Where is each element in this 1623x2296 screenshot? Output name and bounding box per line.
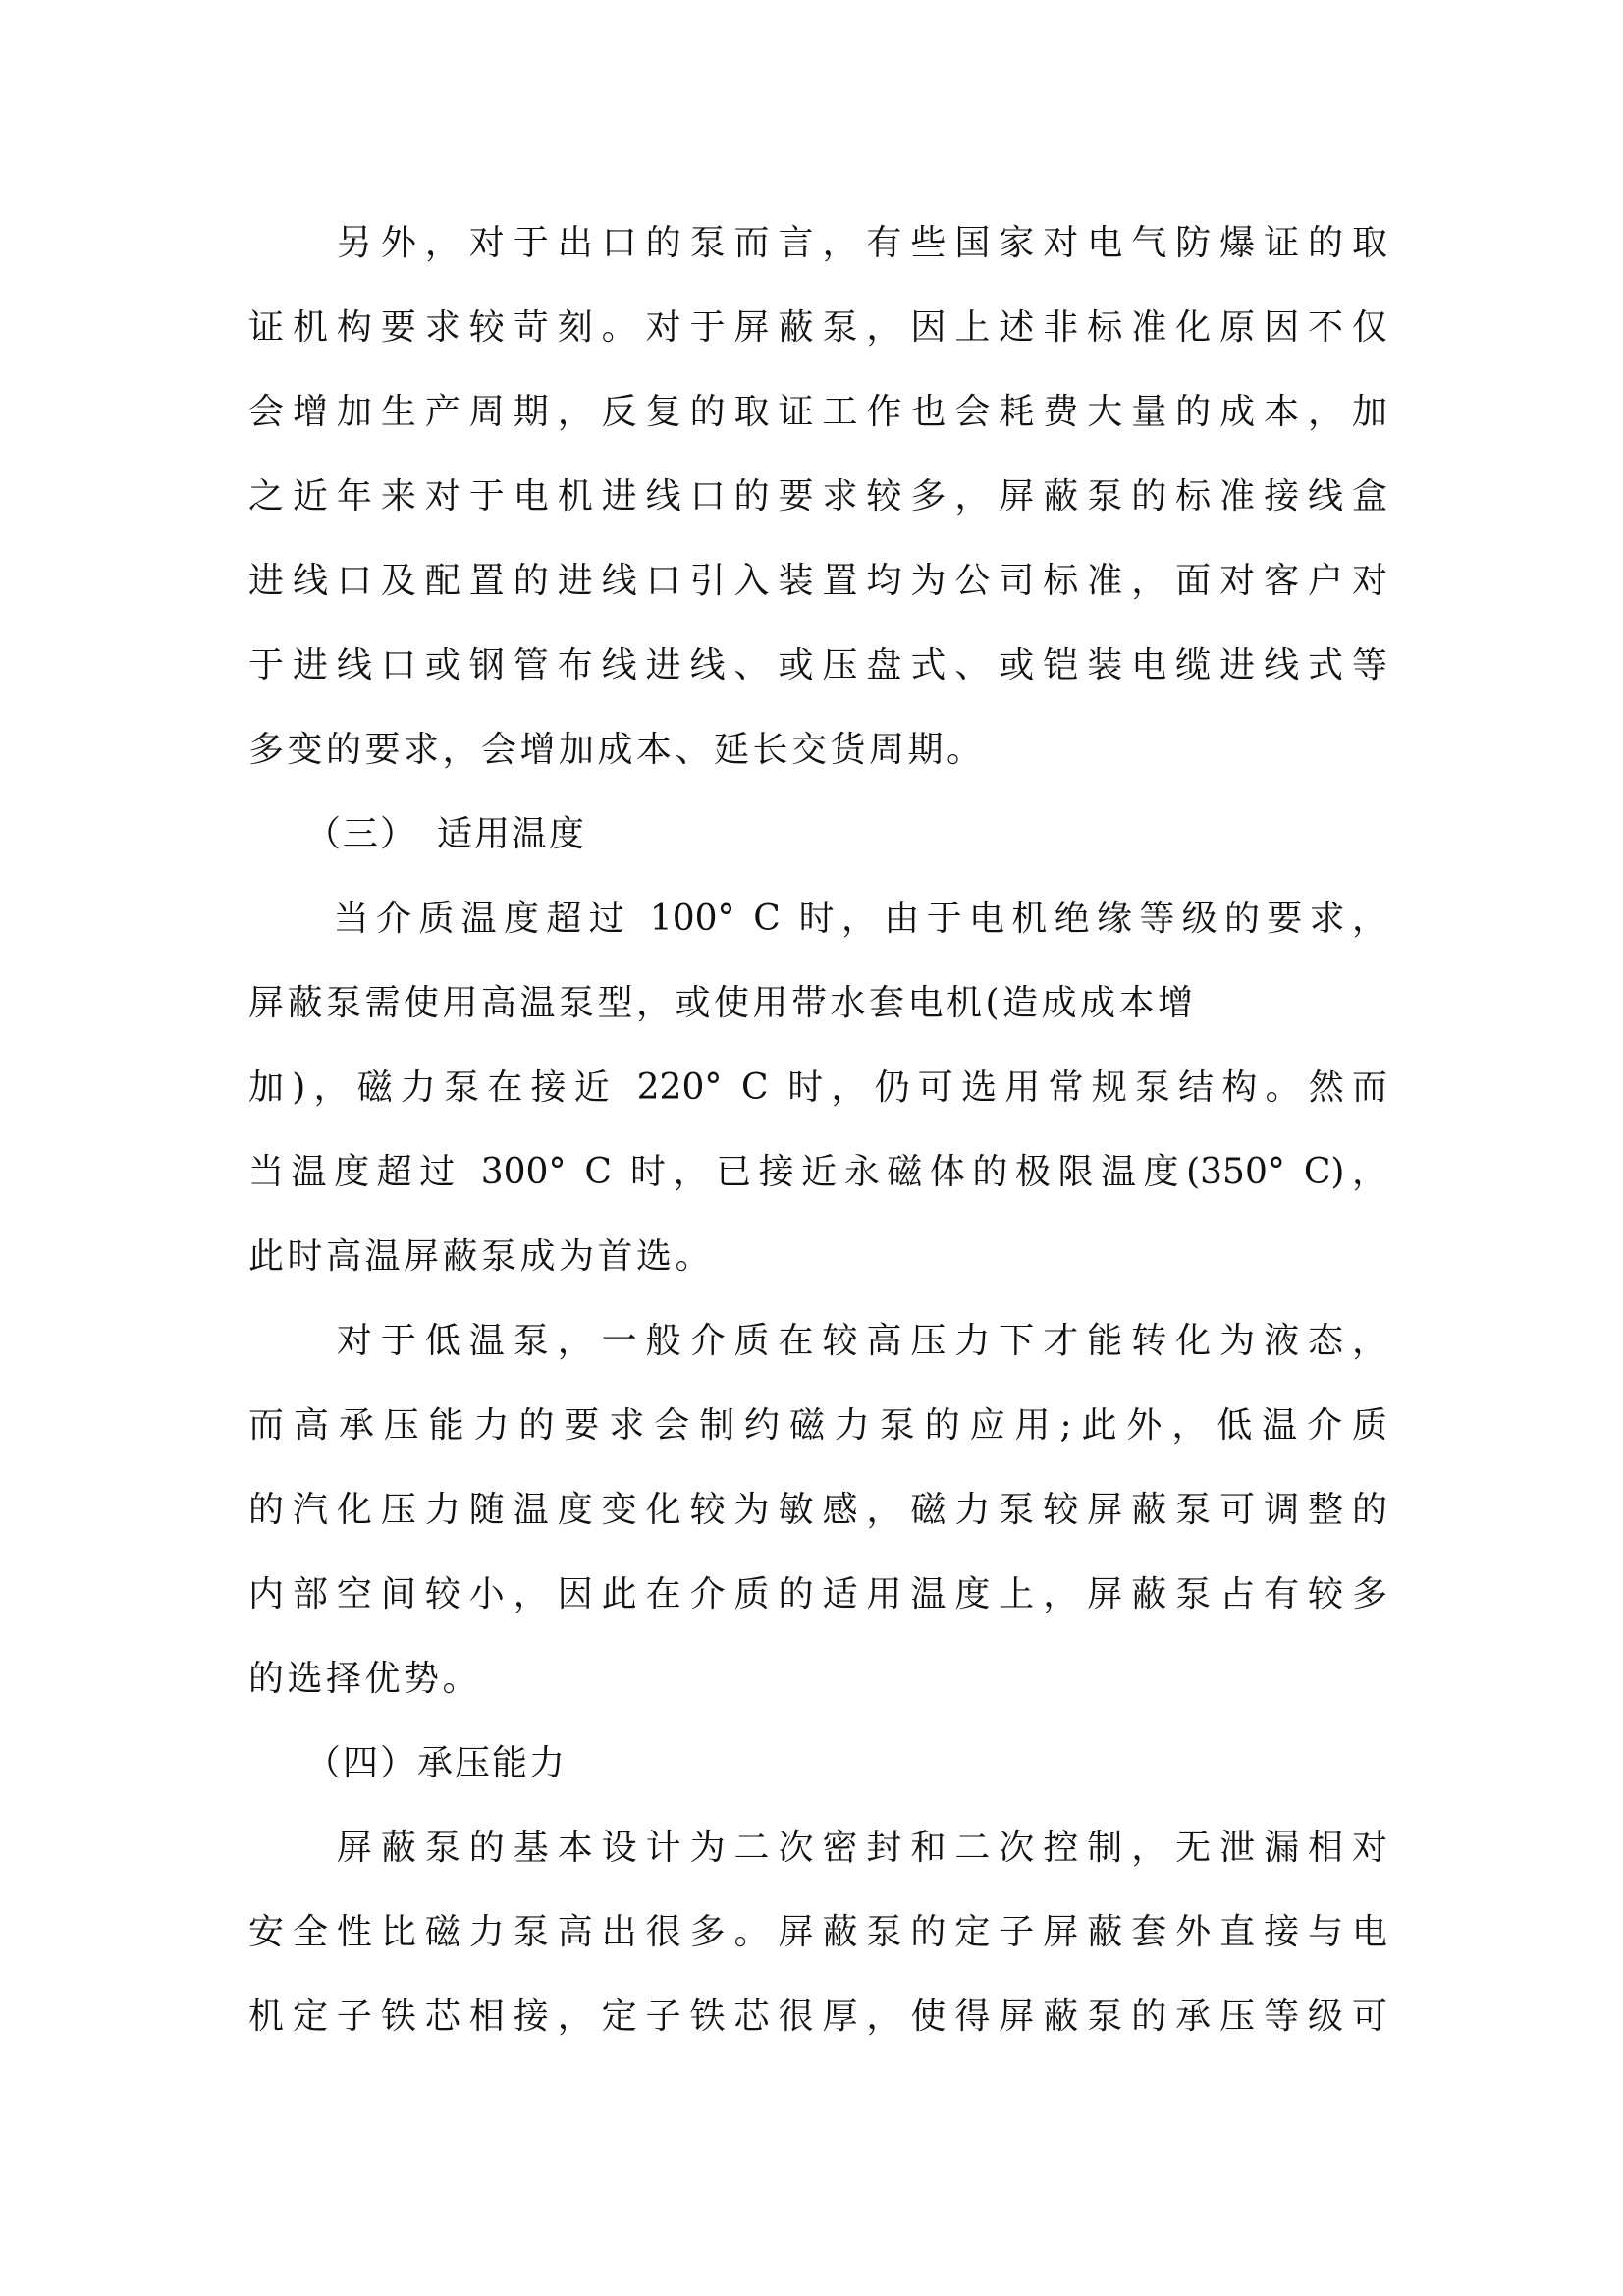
paragraph-line: 之近年来对于电机进线口的要求较多，屏蔽泵的标准接线盒 [248, 475, 1387, 519]
section-heading-pressure-capacity: （四）承压能力 [248, 1742, 1387, 1785]
paragraph-line: 对于低温泵，一般介质在较高压力下才能转化为液态， [248, 1320, 1387, 1363]
paragraph-line: 屏蔽泵的基本设计为二次密封和二次控制，无泄漏相对 [248, 1827, 1387, 1870]
paragraph-line: 而高承压能力的要求会制约磁力泵的应用;此外，低温介质 [248, 1404, 1387, 1448]
paragraph-line: 进线口及配置的进线口引入装置均为公司标准，面对客户对 [248, 560, 1387, 603]
paragraph-line: 加)，磁力泵在接近 220° C 时，仍可选用常规泵结构。然而 [248, 1066, 1387, 1110]
section-heading-applicable-temperature: （三） 适用温度 [248, 813, 1387, 856]
paragraph-line: 安全性比磁力泵高出很多。屏蔽泵的定子屏蔽套外直接与电 [248, 1911, 1387, 1954]
paragraph-line: 另外，对于出口的泵而言，有些国家对电气防爆证的取 [248, 222, 1387, 265]
paragraph-line: 多变的要求，会增加成本、延长交货周期。 [248, 729, 1387, 772]
paragraph-line: 当介质温度超过 100° C 时，由于电机绝缘等级的要求， [248, 898, 1387, 941]
paragraph-line: 当温度超过 300° C 时，已接近永磁体的极限温度(350° C)， [248, 1151, 1387, 1194]
paragraph-line: 内部空间较小，因此在介质的适用温度上，屏蔽泵占有较多 [248, 1573, 1387, 1616]
paragraph-line: 此时高温屏蔽泵成为首选。 [248, 1235, 1387, 1279]
paragraph-line: 的选择优势。 [248, 1658, 1387, 1701]
paragraph-line: 于进线口或钢管布线进线、或压盘式、或铠装电缆进线式等 [248, 644, 1387, 687]
paragraph-line: 证机构要求较苛刻。对于屏蔽泵，因上述非标准化原因不仅 [248, 306, 1387, 350]
paragraph-line: 的汽化压力随温度变化较为敏感，磁力泵较屏蔽泵可调整的 [248, 1489, 1387, 1532]
paragraph-line: 屏蔽泵需使用高温泵型，或使用带水套电机(造成成本增 [248, 982, 1387, 1025]
paragraph-line: 机定子铁芯相接，定子铁芯很厚，使得屏蔽泵的承压等级可 [248, 1995, 1387, 2039]
document-page: 另外，对于出口的泵而言，有些国家对电气防爆证的取 证机构要求较苛刻。对于屏蔽泵，… [0, 0, 1623, 2296]
paragraph-line: 会增加生产周期，反复的取证工作也会耗费大量的成本，加 [248, 391, 1387, 434]
